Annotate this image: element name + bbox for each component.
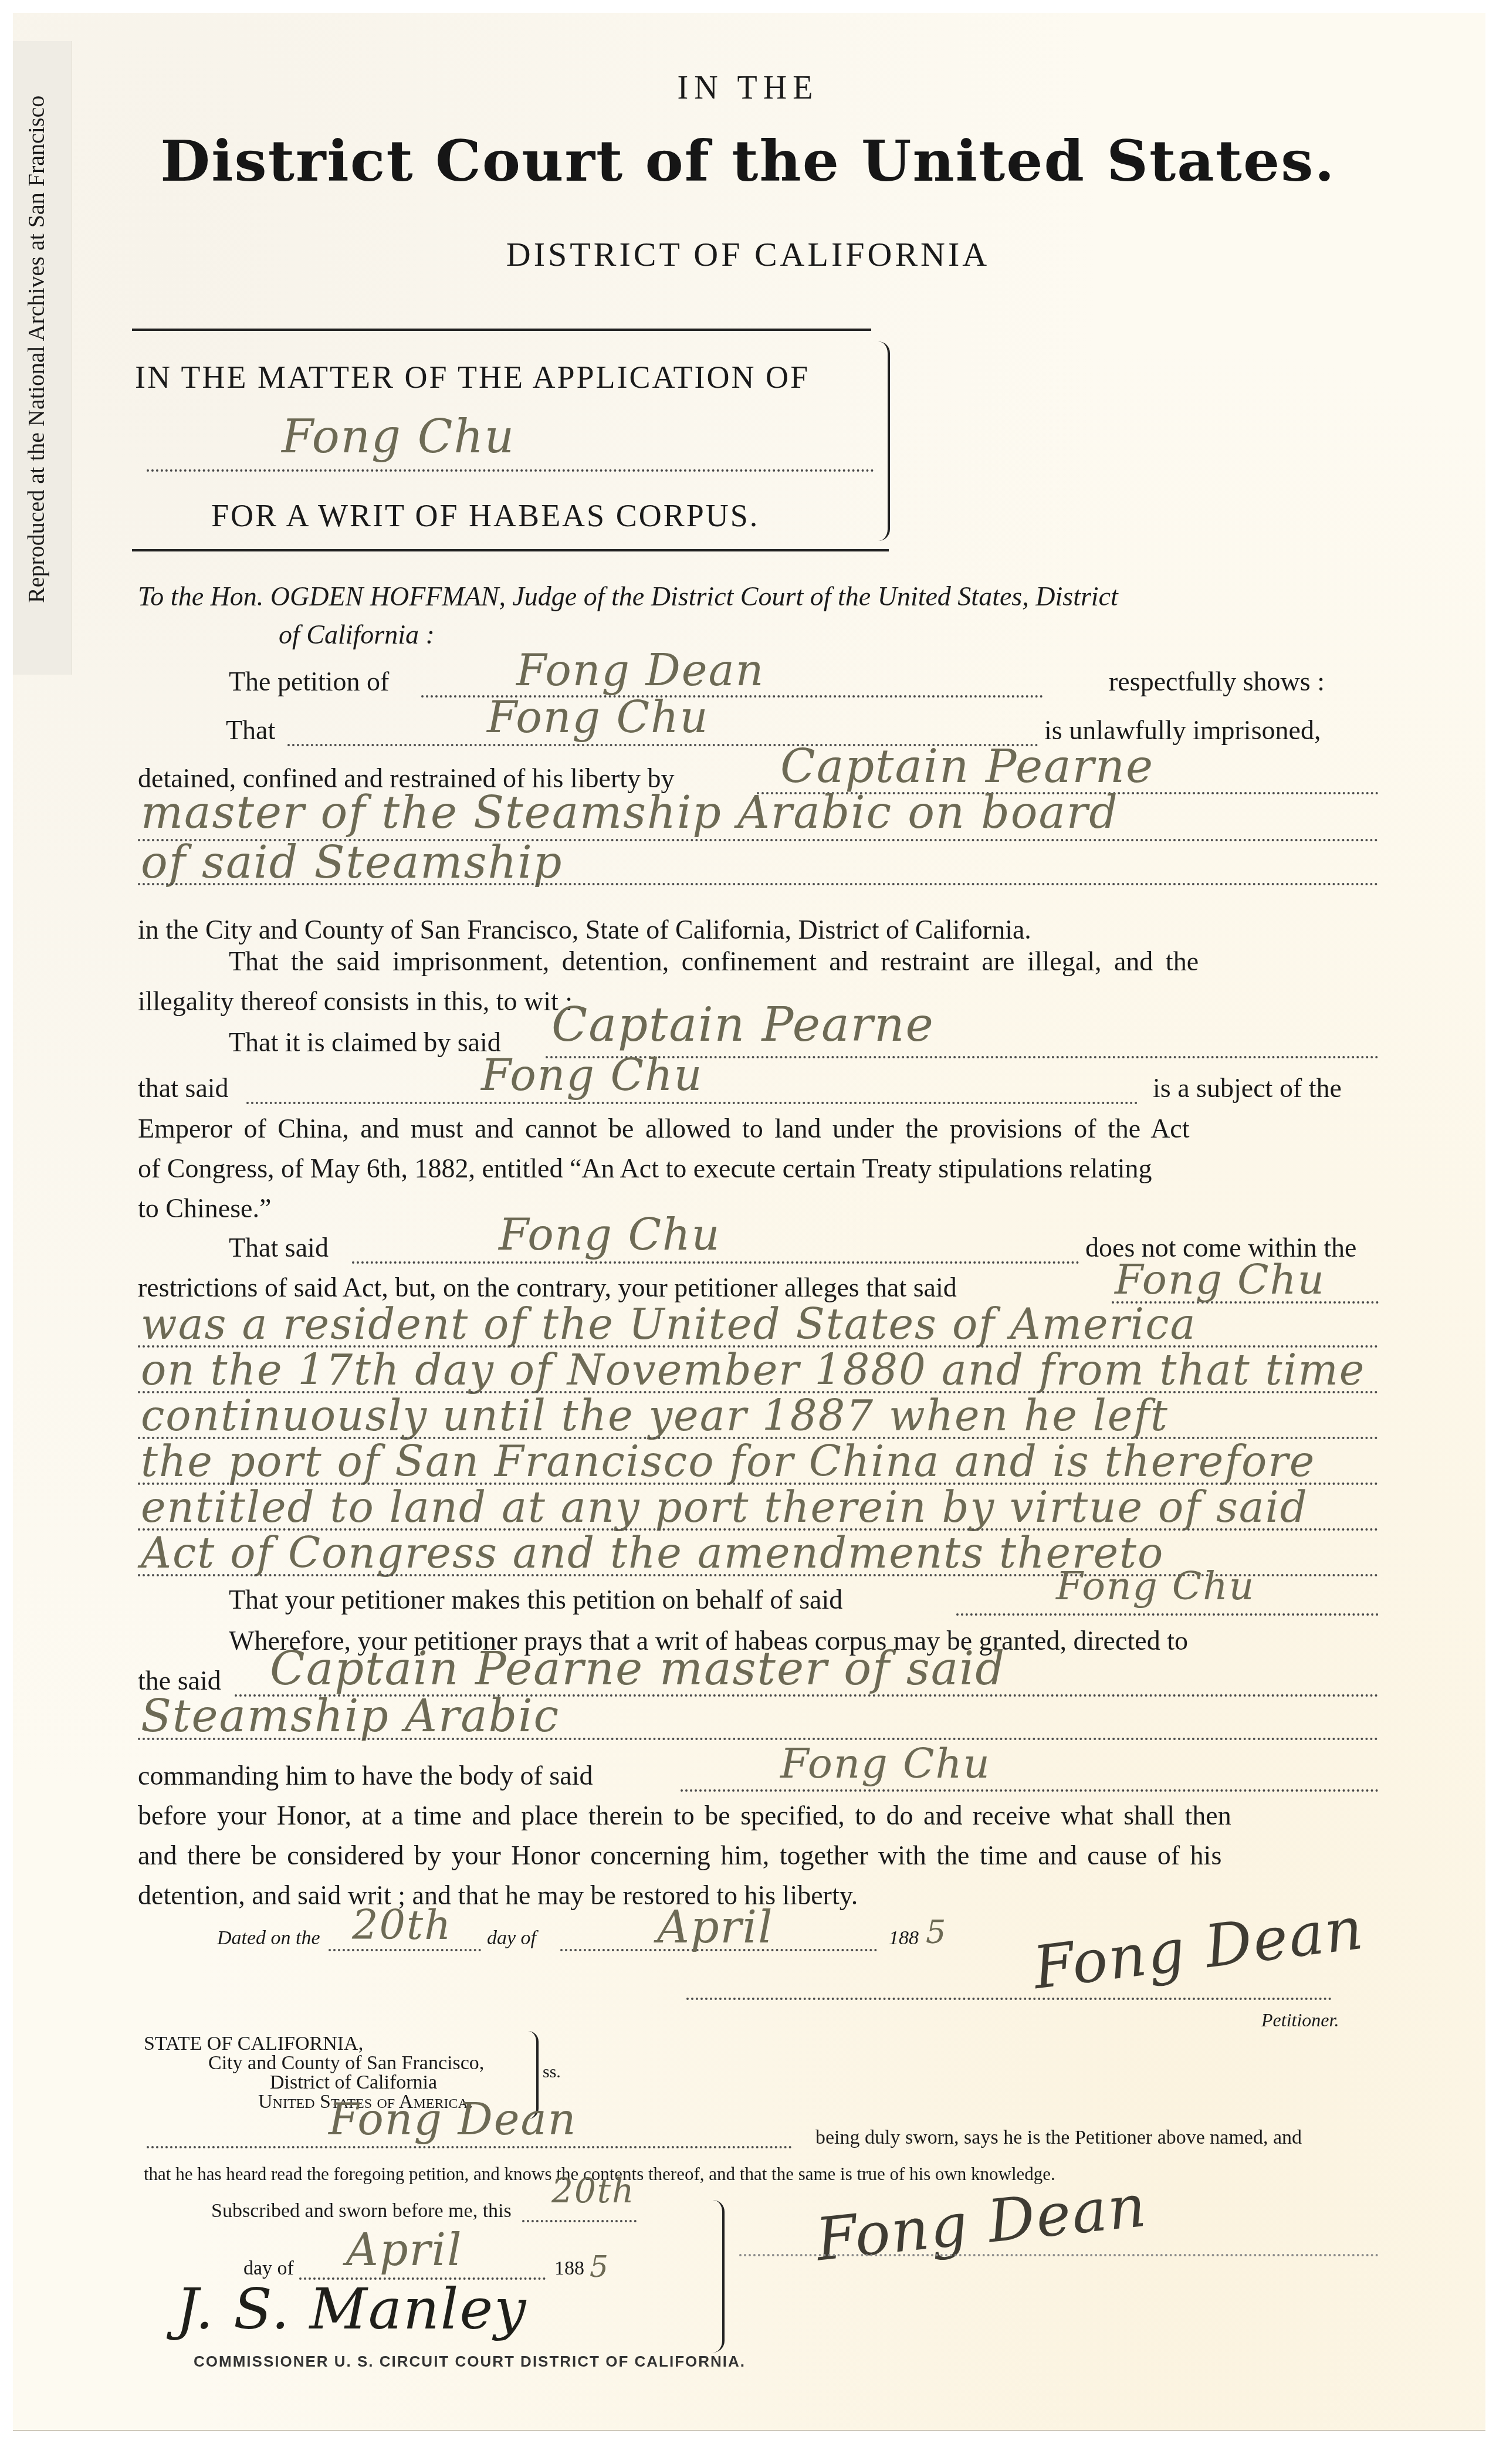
allegation-line: the port of San Francisco for China and … (141, 1437, 1315, 1486)
dated-day: 20th (352, 1901, 452, 1949)
subject-of-text: is a subject of the (1153, 1072, 1342, 1104)
sworn-line-1: being duly sworn, says he is the Petitio… (815, 2127, 1302, 2149)
subscribed-day: 20th (551, 2171, 635, 2211)
petition-of-label: The petition of (229, 666, 389, 697)
emperor-line-3: to Chinese.” (138, 1193, 271, 1224)
dated-day-line (329, 1949, 481, 1951)
directed-to-line-2 (138, 1738, 1379, 1740)
allegation-line: entitled to land at any port therein by … (141, 1483, 1308, 1532)
restrainer-line-3 (138, 883, 1379, 885)
subscribed-day-line (522, 2220, 637, 2222)
venue-ss: ss. (543, 2062, 561, 2082)
directed-to-continuation: Steamship Arabic (141, 1690, 560, 1742)
commissioner-signature: J. S. Manley (176, 2276, 527, 2342)
affiant-line (147, 2146, 792, 2148)
allegation-line: was a resident of the United States of A… (141, 1299, 1196, 1349)
writ-heading: FOR A WRIT OF HABEAS CORPUS. (211, 497, 759, 534)
affiant-signature-line (739, 2254, 1379, 2256)
subject-name: Fong Chu (481, 1050, 703, 1101)
dated-label: Dated on the (217, 1927, 320, 1949)
allegation-line: continuously until the year 1887 when he… (141, 1391, 1169, 1440)
petitioner-label: Petitioner. (1261, 2009, 1339, 2031)
dated-day-of-label: day of (487, 1927, 536, 1949)
dated-year-suffix: 5 (926, 1914, 947, 1951)
behalf-label: That your petitioner makes this petition… (229, 1584, 842, 1615)
commanding-line (681, 1789, 1379, 1792)
dated-month: April (657, 1901, 773, 1953)
dated-year-prefix: 188 (889, 1927, 919, 1949)
behalf-line (956, 1613, 1379, 1616)
commissioner-title: COMMISSIONER U. S. CIRCUIT COURT DISTRIC… (194, 2353, 746, 2371)
commanding-label: commanding him to have the body of said (138, 1760, 593, 1791)
claimed-by-label: That it is claimed by said (229, 1027, 501, 1058)
respectfully-shows: respectfully shows : (1109, 666, 1325, 697)
allegation-line: Act of Congress and the amendments there… (141, 1528, 1164, 1578)
that-said-label: that said (138, 1072, 229, 1104)
commanding-name: Fong Chu (780, 1739, 991, 1788)
district-heading: DISTRICT OF CALIFORNIA (0, 235, 1496, 274)
petitioner-signature-line (686, 1998, 1332, 2000)
illegal-line-2: illegality thereof consists in this, to … (138, 986, 573, 1017)
matter-box-top-rule (132, 329, 871, 331)
applicant-name: Fong Chu (282, 411, 515, 463)
allegation-line: on the 17th day of November 1880 and fro… (141, 1345, 1365, 1395)
matter-box-bottom-rule (132, 549, 889, 551)
closing-line-1: before your Honor, at a time and place t… (138, 1800, 1231, 1831)
matter-heading: IN THE MATTER OF THE APPLICATION OF (135, 359, 810, 395)
subscribed-month: April (346, 2223, 462, 2276)
detainee-name: Fong Chu (487, 692, 709, 743)
restrainer-continuation-1: master of the Steamship Arabic on board (141, 786, 1119, 838)
affiant-name: Fong Dean (329, 2094, 577, 2145)
claimant-name: Captain Pearne (551, 997, 935, 1052)
that-label: That (226, 715, 275, 746)
emperor-line-2: of Congress, of May 6th, 1882, entitled … (138, 1153, 1152, 1184)
closing-line-2: and there be considered by your Honor co… (138, 1840, 1221, 1871)
behalf-name: Fong Chu (1056, 1563, 1255, 1609)
applicant-line (147, 469, 874, 472)
restrictions-text: restrictions of said Act, but, on the co… (138, 1272, 957, 1303)
subject-line (246, 1102, 1138, 1104)
subscribed-year-suffix: 5 (590, 2250, 610, 2284)
matter-brace (877, 341, 890, 541)
subscribed-label: Subscribed and sworn before me, this (211, 2200, 512, 2222)
petitioner-name: Fong Dean (516, 645, 764, 696)
header-in-the: IN THE (0, 69, 1496, 107)
jurat-brace (713, 2200, 725, 2353)
alleges-name: Fong Chu (1115, 1255, 1325, 1304)
restrainer-continuation-2: of said Steamship (141, 836, 563, 888)
court-title: District Court of the United States. (0, 128, 1496, 194)
location-text: in the City and County of San Francisco,… (138, 914, 1031, 945)
directed-to-name: Captain Pearne master of said (270, 1643, 1006, 1695)
address-line-1: To the Hon. OGDEN HOFFMAN, Judge of the … (138, 581, 1118, 612)
emperor-line-1: Emperor of China, and must and cannot be… (138, 1113, 1190, 1144)
subscribed-year-prefix: 188 (554, 2257, 584, 2280)
restrainer-name: Captain Pearne (780, 740, 1154, 793)
address-line-2: of California : (279, 619, 435, 650)
not-within-name: Fong Chu (499, 1210, 720, 1260)
not-within-line (352, 1261, 1079, 1264)
illegal-line-1: That the said imprisonment, detention, c… (229, 946, 1199, 977)
that-said-2-label: That said (229, 1232, 329, 1263)
